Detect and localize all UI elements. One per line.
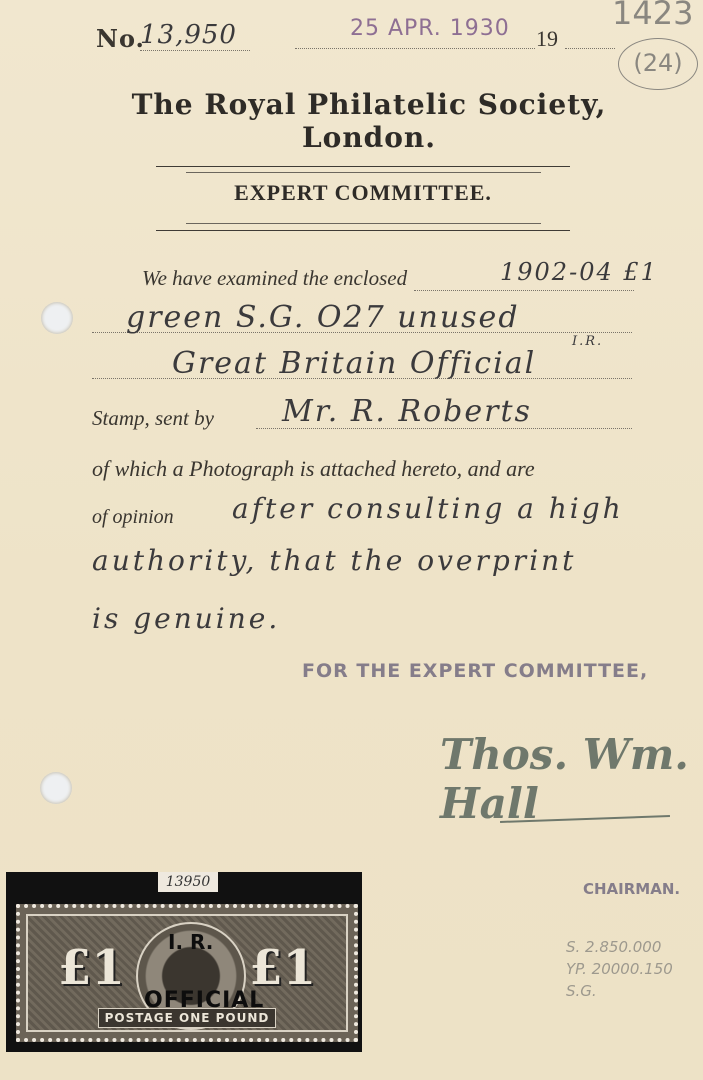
chairman-stamp: CHAIRMAN. — [583, 880, 680, 898]
opinion-hand-3: is genuine. — [92, 602, 280, 635]
body-line1-hand: 1902-04 £1 — [500, 258, 658, 286]
body-line5-print: of which a Photograph is attached hereto… — [92, 456, 535, 482]
overprint-ir: I. R. — [168, 930, 213, 954]
body-line3-superscript: I.R. — [572, 334, 603, 349]
certificate-number: 13,950 — [140, 20, 237, 50]
body-line4-print: Stamp, sent by — [92, 406, 214, 431]
opinion-hand-1: after consulting a high — [232, 492, 624, 525]
society-title: The Royal Philatelic Society, London. — [94, 88, 644, 154]
number-label: No. — [96, 24, 145, 53]
stamp-value-left: £1 — [58, 940, 125, 996]
date-dotted-line — [295, 48, 535, 49]
stamp-frame: £1 £1 I. R. OFFICIAL POSTAGE ONE POUND — [26, 914, 348, 1032]
body-line3-hand: Great Britain Official — [172, 346, 536, 381]
heading-rule-bottom-thin — [186, 223, 541, 224]
number-dotted-line — [140, 50, 250, 51]
pencil-note: YP. 20000.150 — [566, 958, 673, 980]
year-dotted-line — [565, 48, 615, 49]
opinion-hand-2: authority, that the overprint — [92, 544, 576, 577]
heading-rule-top-thin — [186, 172, 541, 173]
pencil-notes: S. 2.850.000 YP. 20000.150 S.G. — [566, 936, 673, 1002]
stamp-legend: POSTAGE ONE POUND — [98, 1008, 276, 1028]
certificate-page: No. 13,950 25 APR. 1930 19 1423 (24) The… — [0, 0, 703, 1080]
pencil-note: S. 2.850.000 — [566, 936, 673, 958]
body-line6-print: of opinion — [92, 506, 174, 529]
year-prefix: 19 — [536, 26, 558, 52]
body-line1-print: We have examined the enclosed — [142, 266, 407, 291]
committee-heading: EXPERT COMMITTEE. — [156, 180, 570, 206]
punch-hole-top — [41, 302, 73, 334]
body-line2-hand: green S.G. O27 unused — [126, 300, 520, 335]
stamp-image: £1 £1 I. R. OFFICIAL POSTAGE ONE POUND — [16, 904, 358, 1042]
chairman-signature: Thos. Wm. Hall — [440, 730, 703, 828]
for-committee-stamp: FOR THE EXPERT COMMITTEE, — [302, 660, 648, 682]
pencil-note: S.G. — [566, 980, 673, 1002]
pencil-reference: 1423 — [612, 0, 693, 32]
sender-name: Mr. R. Roberts — [282, 394, 532, 429]
photo-reference-number: 13950 — [158, 872, 218, 892]
punch-hole-bottom — [40, 772, 72, 804]
heading-rule-bottom — [156, 230, 570, 231]
pencil-circled-number: (24) — [618, 38, 698, 90]
stamp-photograph: 13950 £1 £1 I. R. OFFICIAL POSTAGE ONE P… — [6, 872, 362, 1052]
pencil-circled-text: (24) — [633, 49, 682, 77]
line1-dotted — [414, 290, 634, 291]
date-stamp: 25 APR. 1930 — [350, 16, 510, 41]
heading-rule-top — [156, 166, 570, 167]
